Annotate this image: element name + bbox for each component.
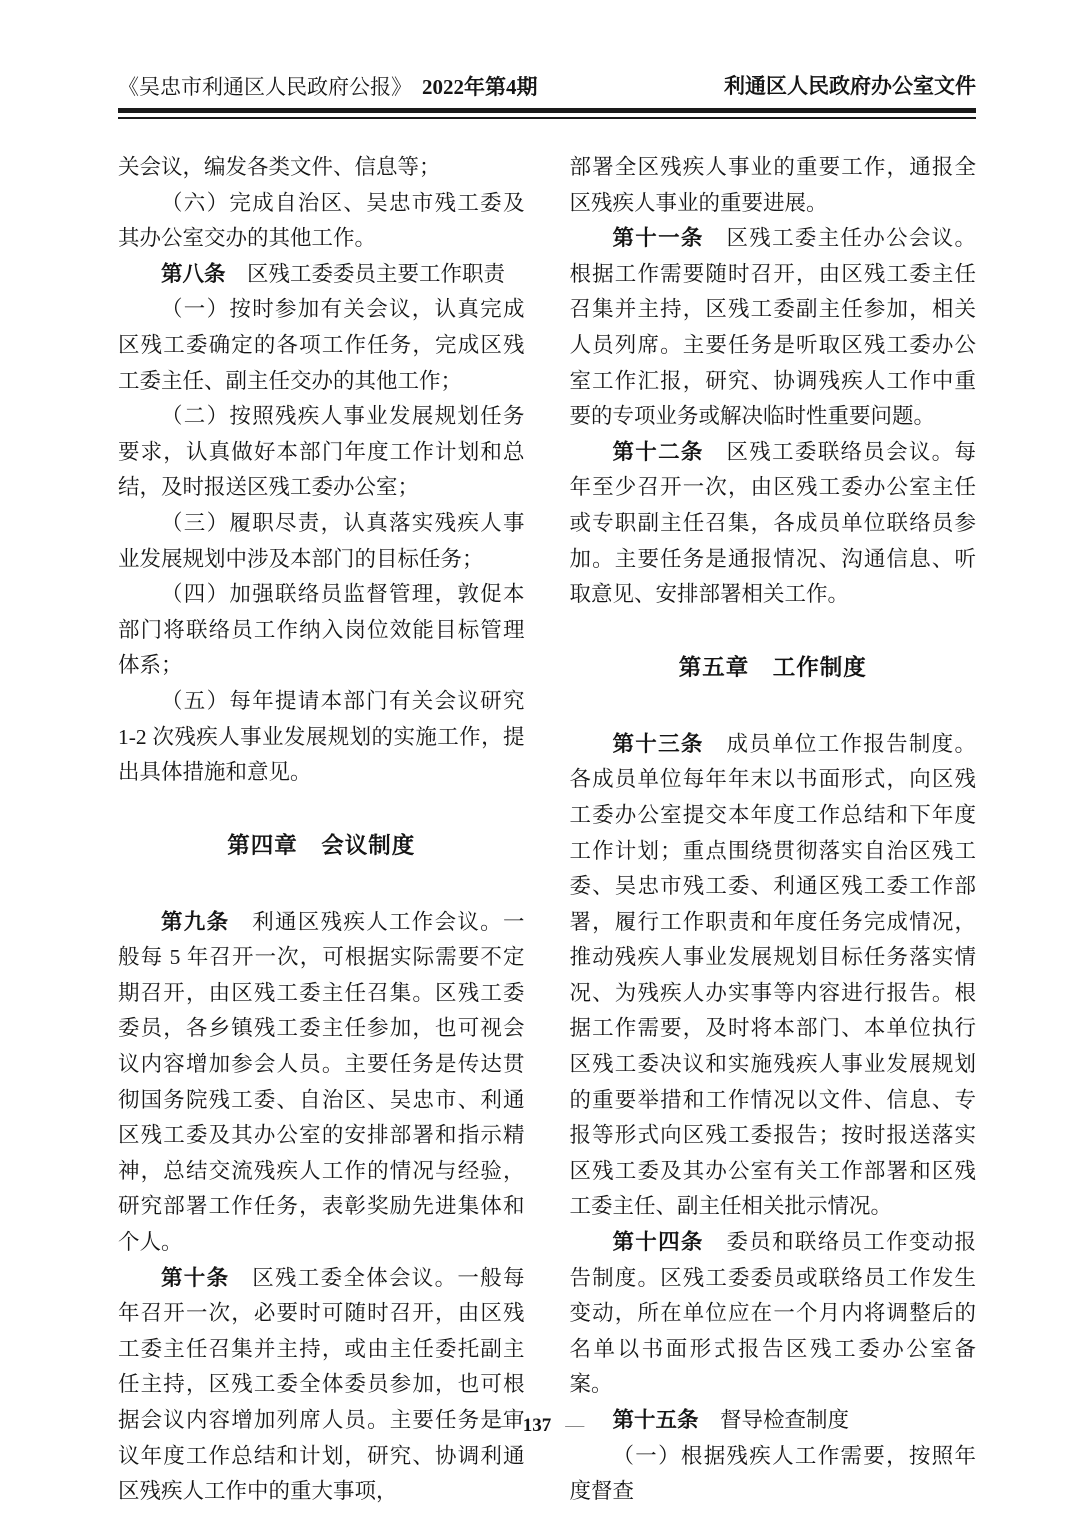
paragraph: 第八条 区残工委委员主要工作职责	[118, 257, 525, 293]
paragraph: 第十二条 区残工委联络员会议。每年至少召开一次，由区残工委办公室主任或专职副主任…	[570, 435, 977, 613]
gazette-page: 《吴忠市利通区人民政府公报》 2022年第4期 利通区人民政府办公室文件 关会议…	[0, 0, 1074, 1520]
paragraph: （一）按时参加有关会议，认真完成区残工委确定的各项工作任务，完成区残工委主任、副…	[118, 292, 525, 399]
article-number-lead: 第四章	[227, 833, 298, 858]
paragraph: 第九条 利通区残疾人工作会议。一般每 5 年召开一次，可根据实际需要不定期召开，…	[118, 905, 525, 1261]
article-number-lead: 第五章	[679, 655, 750, 680]
office-label: 利通区人民政府办公室文件	[724, 74, 976, 100]
chapter-heading: 第四章 会议制度	[118, 828, 525, 864]
page-footer: —137—	[0, 1412, 1074, 1440]
article-number-lead: 第十条	[161, 1266, 229, 1290]
paragraph: （六）完成自治区、吴忠市残工委及其办公室交办的其他工作。	[118, 186, 525, 257]
paragraph: 第十三条 成员单位工作报告制度。各成员单位每年年末以书面形式，向区残工委办公室提…	[570, 727, 977, 1225]
paragraph: 第十四条 委员和联络员工作变动报告制度。区残工委委员或联络员工作发生变动，所在单…	[570, 1225, 977, 1403]
running-head-left: 《吴忠市利通区人民政府公报》 2022年第4期	[118, 74, 538, 100]
chapter-heading: 第五章 工作制度	[570, 650, 977, 686]
page-number: 137	[523, 1415, 552, 1436]
paragraph: 第十条 区残工委全体会议。一般每年召开一次，必要时可随时召开，由区残工委主任召集…	[118, 1261, 525, 1510]
footer-left-dash: —	[477, 1415, 523, 1436]
paragraph: 关会议，编发各类文件、信息等；	[118, 150, 525, 186]
paragraph: （二）按照残疾人事业发展规划任务要求，认真做好本部门年度工作计划和总结，及时报送…	[118, 399, 525, 506]
footer-right-dash: —	[551, 1415, 597, 1436]
paragraph: （三）履职尽责，认真落实残疾人事业发展规划中涉及本部门的目标任务；	[118, 506, 525, 577]
right-column: 部署全区残疾人事业的重要工作，通报全区残疾人事业的重要进展。第十一条 区残工委主…	[570, 150, 977, 1510]
gazette-issue: 2022年第4期	[422, 74, 538, 100]
article-number-lead: 第十四条	[613, 1230, 704, 1254]
article-number-lead: 第十一条	[613, 226, 704, 250]
document-body: 关会议，编发各类文件、信息等；（六）完成自治区、吴忠市残工委及其办公室交办的其他…	[118, 150, 976, 1510]
article-number-lead: 第九条	[161, 910, 229, 934]
paragraph: 部署全区残疾人事业的重要工作，通报全区残疾人事业的重要进展。	[570, 150, 977, 221]
paragraph: 第十一条 区残工委主任办公会议。根据工作需要随时召开，由区残工委主任召集并主持，…	[570, 221, 977, 435]
header-double-rule	[118, 108, 976, 119]
article-number-lead: 第十二条	[613, 440, 704, 464]
gazette-title: 《吴忠市利通区人民政府公报》	[118, 74, 412, 100]
paragraph: （四）加强联络员监督管理，敦促本部门将联络员工作纳入岗位效能目标管理体系；	[118, 577, 525, 684]
article-number-lead: 第十三条	[613, 732, 704, 756]
article-number-lead: 第八条	[161, 262, 226, 286]
left-column: 关会议，编发各类文件、信息等；（六）完成自治区、吴忠市残工委及其办公室交办的其他…	[118, 150, 525, 1510]
paragraph: （一）根据残疾人工作需要，按照年度督查	[570, 1439, 977, 1510]
paragraph: （五）每年提请本部门有关会议研究 1-2 次残疾人事业发展规划的实施工作，提出具…	[118, 684, 525, 791]
running-head: 《吴忠市利通区人民政府公报》 2022年第4期 利通区人民政府办公室文件	[118, 74, 976, 100]
